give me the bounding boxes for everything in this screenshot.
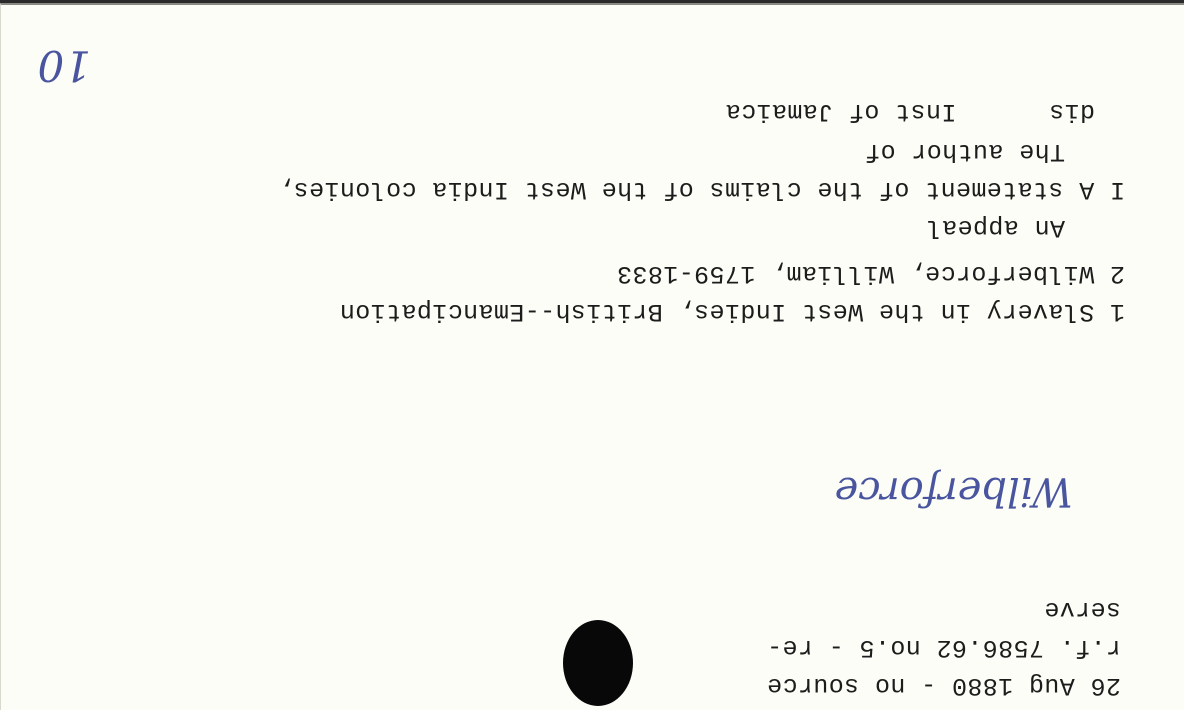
tracing-2: 2 Wilberforce, William, 1759-1833 bbox=[617, 259, 1125, 288]
title-line-3: The author of bbox=[865, 137, 1065, 166]
card-content-rotated: 26 Aug 1880 - no source r.f. 7586.62 no.… bbox=[1, 5, 1184, 710]
tracing-1: 1 Slavery in the West Indies, British--E… bbox=[339, 297, 1125, 326]
accession-line-2: r.f. 7586.62 no.5 - re- bbox=[767, 633, 1121, 662]
handwritten-note: Wilberforce bbox=[835, 468, 1073, 514]
title-line-2: I A statement of the claims of the West … bbox=[278, 175, 1125, 204]
corner-number: 10 bbox=[38, 41, 91, 90]
title-line-1: An appeal bbox=[926, 213, 1065, 242]
title-line-4: dis Inst of Jamaica bbox=[725, 97, 1095, 126]
catalog-card: 26 Aug 1880 - no source r.f. 7586.62 no.… bbox=[0, 3, 1184, 710]
accession-line-3: serve bbox=[1044, 595, 1121, 624]
punch-hole bbox=[563, 620, 633, 706]
accession-line-1: 26 Aug 1880 - no source bbox=[767, 671, 1121, 700]
